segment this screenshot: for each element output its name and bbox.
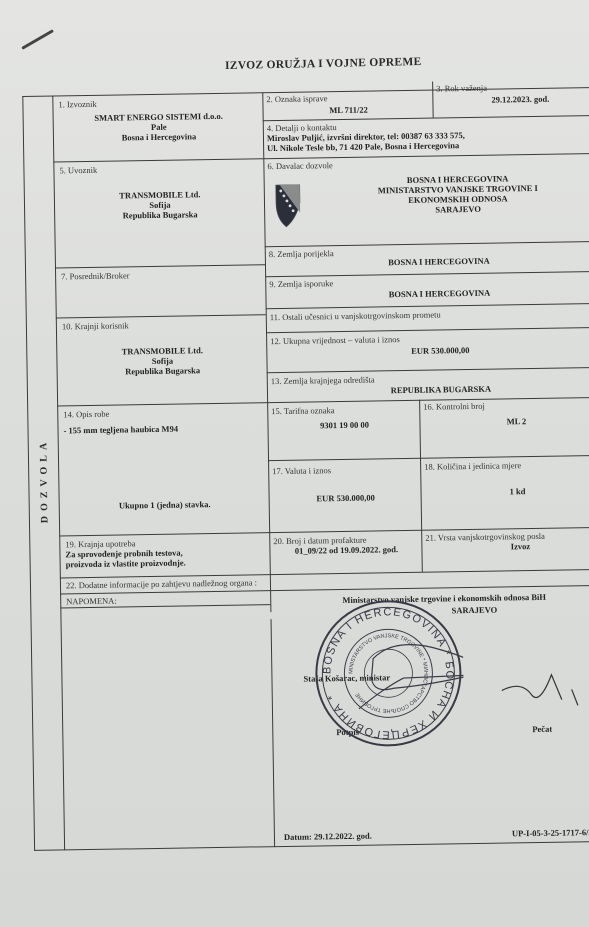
field-country-of-origin: 8. Zemlja porijekla BOSNA I HERCEGOVINA (269, 244, 589, 269)
field-quantity-unit: 18. Količina i jedinica mjere 1 kd (424, 459, 589, 498)
field-other-participants: 11. Ostali učesnici u vanjskotrgovinskom… (270, 307, 589, 322)
permit-form: DOZVOLA 1. Izvoznik SMART ENERGO SISTEMI (22, 69, 589, 853)
field-broker: 7. Posrednik/Broker (61, 268, 261, 281)
field-importer: 5. Uvoznik TRANSMOBILE Ltd. Sofija Repub… (59, 162, 260, 221)
field-control-number: 16. Kontrolni broj ML 2 (423, 399, 589, 428)
seal-label: Pečat (532, 724, 552, 734)
pen-mark (21, 29, 54, 50)
reference-number: UP-I-05-3-25-1717-6/22 (512, 827, 589, 838)
field-contact-details: 4. Detalji o kontaktu Miroslav Puljić, i… (267, 118, 589, 153)
field-validity: 3. Rok važenja 29.12.2023. god. (436, 81, 589, 106)
stamp-outer-text: BOSNA I HERCEGOVINA * БОСНА И ХЕРЦЕГОВИН… (320, 605, 456, 741)
field-trade-type: 21. Vrsta vanjskotrgovinskog posla Izvoz (425, 530, 589, 553)
field-country-of-delivery: 9. Zemlja isporuke BOSNA I HERCEGOVINA (269, 274, 589, 301)
field-permit-issuer: 6. Davalac dozvole BOSNA I HERCEGOVINA M… (267, 156, 589, 217)
document-page: IZVOZ ORUŽJA I VOJNE OPREME DOZVOLA (0, 0, 589, 927)
coat-of-arms-icon (274, 183, 303, 229)
field-exporter: 1. Izvoznik SMART ENERGO SISTEMI d.o.o. … (58, 96, 259, 143)
field-total-value: 12. Ukupna vrijednost – valuta i iznos E… (270, 331, 589, 358)
field-goods-description: 14. Opis robe - 155 mm tegljena haubica … (63, 406, 265, 531)
field-currency-amount: 17. Valuta i iznos EUR 530.000,00 (272, 464, 419, 504)
signature-stroke-icon (501, 669, 582, 720)
field-proforma-invoice: 20. Broj i datum profakture 01_09/22 od … (273, 534, 419, 556)
official-stamp-icon: BOSNA I HERCEGOVINA * БОСНА И ХЕРЦЕГОВИН… (312, 597, 464, 749)
issue-date: Datum: 29.12.2022. god. (284, 831, 372, 842)
field-end-use: 19. Krajnja upotreba Za sprovođenje prob… (65, 536, 265, 569)
field-document-number: 2. Oznaka isprave ML 711/22 (266, 92, 430, 117)
field-end-user: 10. Krajnji korisnik TRANSMOBILE Ltd. So… (62, 318, 263, 377)
document-title: IZVOZ ORUŽJA I VOJNE OPREME (225, 56, 422, 72)
side-label: DOZVOLA (39, 503, 50, 523)
field-tariff-code: 15. Tarifna oznaka 9301 19 00 00 (271, 404, 417, 431)
svg-text:BOSNA I HERCEGOVINA * БОСНА И: BOSNA I HERCEGOVINA * БОСНА И ХЕРЦЕГОВИН… (320, 605, 456, 741)
field-final-destination: 13. Zemlja krajnjega odredišta REPUBLIKA… (271, 371, 589, 397)
side-column: DOZVOLA (22, 78, 64, 853)
